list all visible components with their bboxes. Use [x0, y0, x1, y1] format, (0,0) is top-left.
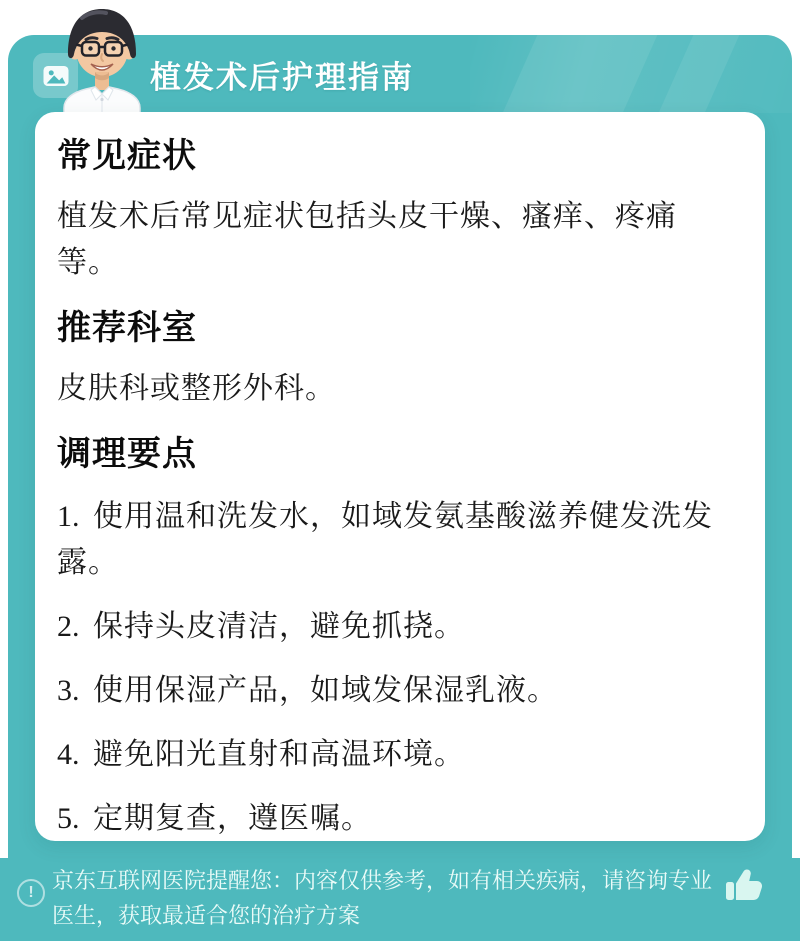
- list-item: 2. 保持头皮清洁，避免抓挠。: [57, 604, 714, 650]
- list-item: 3. 使用保湿产品，如域发保湿乳液。: [57, 668, 714, 714]
- list-item: 5. 定期复查，遵医嘱。: [57, 796, 714, 842]
- info-circle-icon: !: [17, 879, 45, 907]
- list-item-number: 2.: [57, 610, 87, 643]
- list-item: 4. 避免阳光直射和高温环境。: [57, 732, 714, 778]
- list-item: 1. 使用温和洗发水，如域发氨基酸滋养健发洗发露。: [57, 494, 714, 586]
- section-paragraph: 植发术后常见症状包括头皮干燥、瘙痒、疼痛等。: [57, 194, 702, 286]
- list-item-number: 5.: [57, 802, 87, 835]
- card-sections: 常见症状植发术后常见症状包括头皮干燥、瘙痒、疼痛等。推荐科室皮肤科或整形外科。调…: [57, 134, 702, 842]
- section-heading: 推荐科室: [57, 306, 702, 350]
- section-paragraph: 皮肤科或整形外科。: [57, 366, 702, 412]
- list-item-number: 3.: [57, 674, 87, 707]
- content-card: 常见症状植发术后常见症状包括头皮干燥、瘙痒、疼痛等。推荐科室皮肤科或整形外科。调…: [35, 112, 765, 841]
- list-item-number: 1.: [57, 500, 87, 533]
- disclaimer-text: 京东互联网医院提醒您：内容仅供参考，如有相关疾病，请咨询专业医生，获取最适合您的…: [52, 863, 716, 933]
- section-heading: 常见症状: [57, 134, 702, 178]
- thumbs-up-icon: [718, 862, 766, 915]
- doctor-avatar: [46, 2, 158, 120]
- list-item-number: 4.: [57, 738, 87, 771]
- page-title: 植发术后护理指南: [150, 56, 414, 100]
- section-heading: 调理要点: [57, 432, 702, 476]
